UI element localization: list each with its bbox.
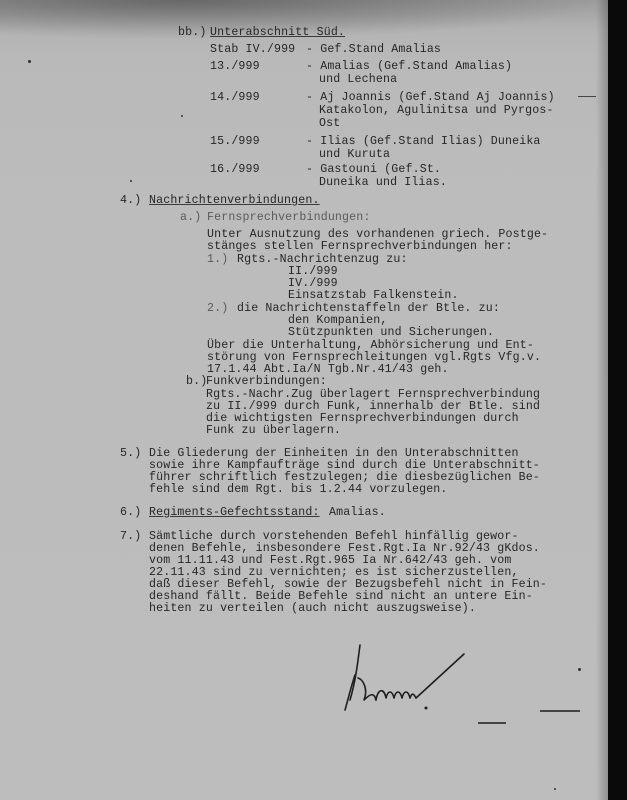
- section-5-line: fehle sind dem Rgt. bis 1.2.44 vorzulege…: [149, 483, 448, 496]
- funk-line: Funk zu überlagern.: [206, 424, 341, 437]
- row-unit: Stab IV./999: [210, 43, 295, 56]
- row-text: - Amalias (Gef.Stand Amalias): [306, 60, 512, 73]
- item1-target: Einsatzstab Falkenstein.: [288, 289, 459, 302]
- section-4-title: Nachrichtenverbindungen.: [149, 194, 320, 207]
- subsection-a-label: a.): [180, 211, 201, 224]
- speck: [28, 60, 31, 63]
- scan-mark: [578, 96, 596, 97]
- item2-label: 2.): [207, 302, 228, 315]
- document-page: bb.) Unterabschnitt Süd. Stab IV./999 - …: [0, 0, 608, 800]
- item2-target: Stützpunkten und Sicherungen.: [288, 326, 494, 339]
- speck: [578, 668, 581, 671]
- section-6-value: Amalias.: [329, 506, 386, 519]
- scan-mark: [540, 710, 580, 712]
- section-7-line: heiten zu verteilen (auch nicht auszugsw…: [149, 602, 476, 615]
- row-cont: Katakolon, Agulinitsa und Pyrgos-: [319, 104, 554, 117]
- row-unit: 14./999: [210, 91, 260, 104]
- intro-line: stänges stellen Fernsprechverbindungen h…: [207, 240, 513, 253]
- row-text: - Gef.Stand Amalias: [306, 43, 441, 56]
- row-cont: und Lechena: [319, 73, 397, 86]
- row-unit: 13./999: [210, 60, 260, 73]
- section-6-title: Regiments-Gefechtsstand:: [149, 506, 320, 519]
- speck: [181, 115, 183, 117]
- scan-mark: [478, 722, 506, 724]
- section-5-number: 5.): [120, 447, 141, 460]
- section-7-number: 7.): [120, 530, 141, 543]
- row-cont: Ost: [319, 117, 340, 130]
- row-cont: und Kuruta: [319, 148, 390, 161]
- subsection-a-title: Fernsprechverbindungen:: [207, 211, 370, 224]
- item1-label: 1.): [207, 253, 228, 266]
- row-text: - Gastouni (Gef.St.: [306, 163, 441, 176]
- speck: [554, 788, 556, 790]
- section-6-number: 6.): [120, 506, 141, 519]
- subsection-b-title: Funkverbindungen:: [206, 375, 327, 388]
- section-bb-title: Unterabschnitt Süd.: [210, 26, 345, 39]
- row-unit: 15./999: [210, 135, 260, 148]
- row-cont: Duneika und Ilias.: [319, 176, 447, 189]
- row-unit: 16./999: [210, 163, 260, 176]
- signature: Braun: [340, 640, 540, 720]
- speck: [130, 180, 132, 182]
- row-text: - Aj Joannis (Gef.Stand Aj Joannis): [306, 91, 555, 104]
- section-bb-label: bb.): [178, 26, 206, 39]
- row-text: - Ilias (Gef.Stand Ilias) Duneika: [306, 135, 541, 148]
- section-4-number: 4.): [120, 194, 141, 207]
- subsection-b-label: b.): [186, 375, 207, 388]
